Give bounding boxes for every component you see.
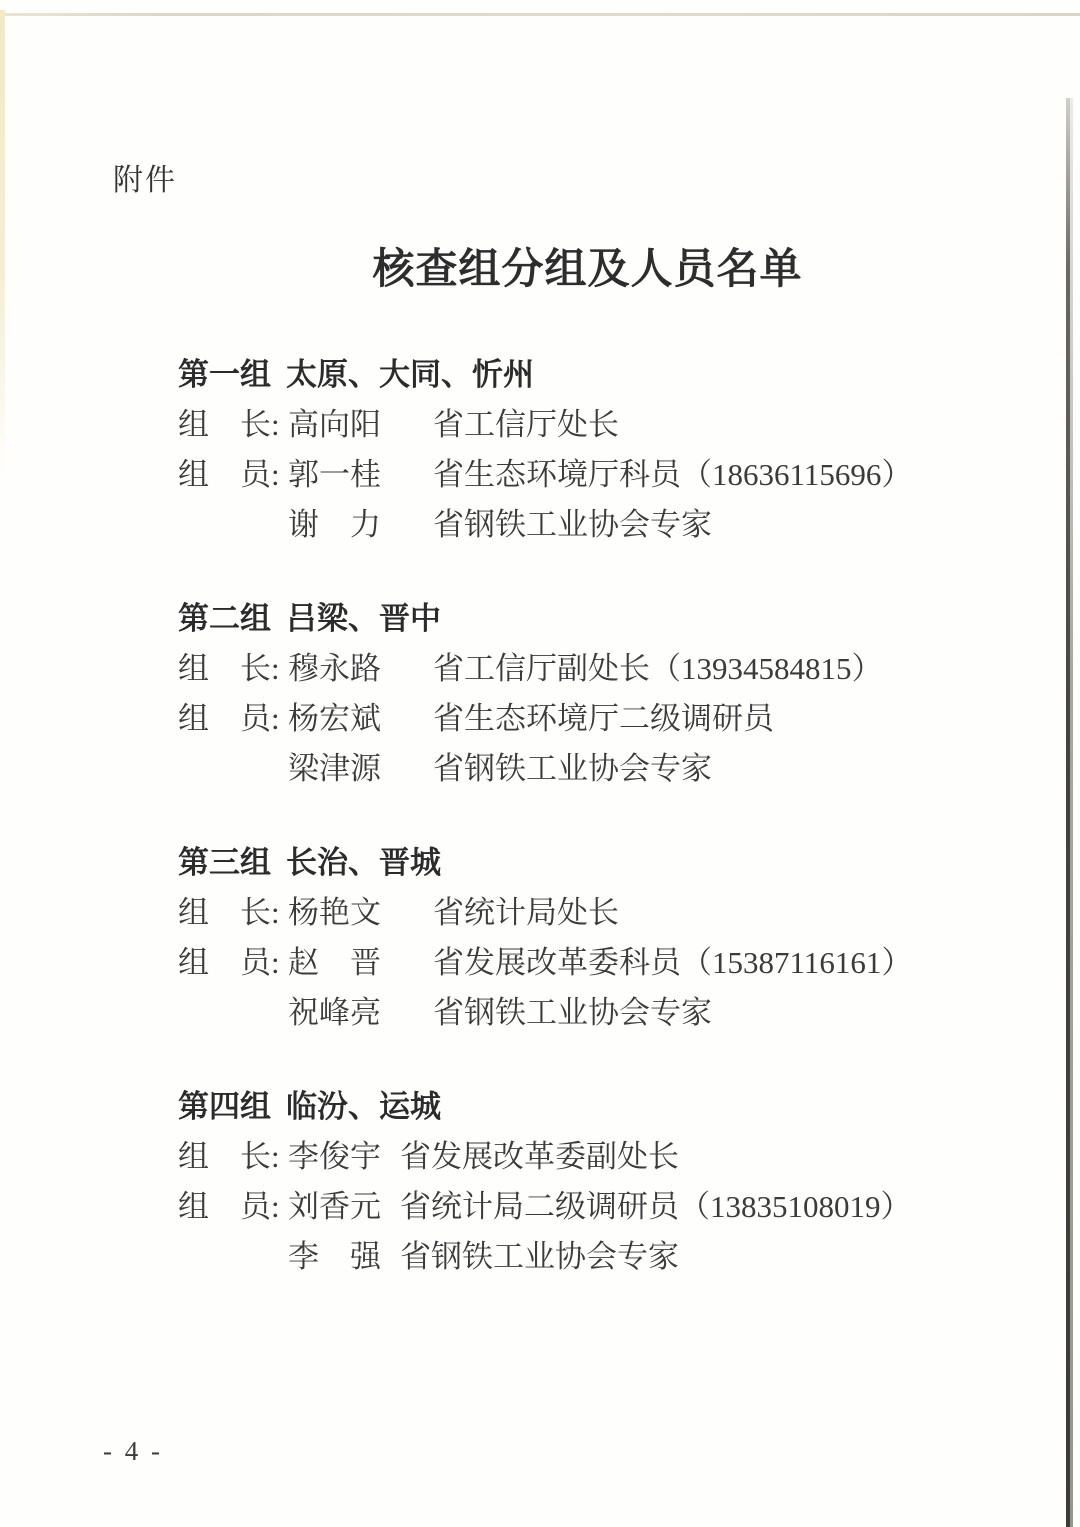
member-row: 组 员: 郭一桂 省生态环境厅科员（18636115696） [178,446,988,496]
member-row: 组 长: 杨艳文 省统计局处长 [178,884,988,934]
member-name: 谢 力 [288,499,433,544]
member-name: 刘香元 [288,1181,400,1226]
member-role-label: 组 员: [178,1181,288,1226]
member-duty: 省统计局处长 [433,887,988,932]
member-duty: 省生态环境厅二级调研员 [433,693,988,738]
group-4: 第四组 临汾、运城 组 长: 李俊宇 省发展改革委副处长 组 员: 刘香元 省统… [178,1078,988,1278]
member-role-label: 组 长: [178,643,288,688]
group-name: 第一组 [178,349,271,394]
group-2: 第二组 吕梁、晋中 组 长: 穆永路 省工信厅副处长（13934584815） … [178,590,988,790]
member-row: 组 长: 高向阳 省工信厅处长 [178,396,988,446]
member-row: 组 员: 刘香元 省统计局二级调研员（13835108019） [178,1178,988,1228]
group-regions: 太原、大同、忻州 [286,349,534,394]
member-duty: 省统计局二级调研员（13835108019） [400,1181,988,1226]
member-name: 杨艳文 [288,887,433,932]
group-regions: 临汾、运城 [286,1081,441,1126]
member-duty: 省钢铁工业协会专家 [433,743,988,788]
member-role-label: 组 员: [178,937,288,982]
member-row: 组 长: 李俊宇 省发展改革委副处长 [178,1128,988,1178]
member-name: 杨宏斌 [288,693,433,738]
member-role-label: 组 员: [178,449,288,494]
member-duty: 省钢铁工业协会专家 [433,987,988,1032]
group-heading: 第二组 吕梁、晋中 [178,590,988,640]
scan-right-edge-highlight [1070,98,1073,1527]
member-duty: 省生态环境厅科员（18636115696） [433,449,988,494]
member-role-label: 组 长: [178,399,288,444]
group-list: 第一组 太原、大同、忻州 组 长: 高向阳 省工信厅处长 组 员: 郭一桂 省生… [178,346,988,1322]
member-role-label: 组 长: [178,1131,288,1176]
member-name: 高向阳 [288,399,433,444]
member-name: 李俊宇 [288,1131,400,1176]
member-duty: 省钢铁工业协会专家 [400,1231,988,1276]
member-role-label: 组 长: [178,887,288,932]
member-row: 谢 力 省钢铁工业协会专家 [178,496,988,546]
group-name: 第二组 [178,593,271,638]
member-row: 组 员: 赵 晋 省发展改革委科员（15387116161） [178,934,988,984]
group-name: 第三组 [178,837,271,882]
member-name: 赵 晋 [288,937,433,982]
group-regions: 长治、晋城 [286,837,441,882]
group-heading: 第三组 长治、晋城 [178,834,988,884]
attachment-label: 附件 [113,162,177,200]
member-name: 穆永路 [288,643,433,688]
member-row: 梁津源 省钢铁工业协会专家 [178,740,988,790]
scan-top-edge-line [0,13,1080,16]
scanned-document-page: 附件 核查组分组及人员名单 第一组 太原、大同、忻州 组 长: 高向阳 省工信厅… [0,0,1080,1527]
member-name: 郭一桂 [288,449,433,494]
member-duty: 省发展改革委副处长 [400,1131,988,1176]
group-heading: 第四组 临汾、运城 [178,1078,988,1128]
member-name: 祝峰亮 [288,987,433,1032]
scan-left-edge-strip [0,10,5,480]
member-row: 组 员: 杨宏斌 省生态环境厅二级调研员 [178,690,988,740]
member-duty: 省工信厅处长 [433,399,988,444]
group-3: 第三组 长治、晋城 组 长: 杨艳文 省统计局处长 组 员: 赵 晋 省发展改革… [178,834,988,1034]
group-regions: 吕梁、晋中 [286,593,441,638]
member-duty: 省工信厅副处长（13934584815） [433,643,988,688]
member-row: 组 长: 穆永路 省工信厅副处长（13934584815） [178,640,988,690]
member-row: 祝峰亮 省钢铁工业协会专家 [178,984,988,1034]
group-1: 第一组 太原、大同、忻州 组 长: 高向阳 省工信厅处长 组 员: 郭一桂 省生… [178,346,988,546]
member-role-label: 组 员: [178,693,288,738]
member-name: 李 强 [288,1231,400,1276]
page-title: 核查组分组及人员名单 [95,242,1080,298]
group-heading: 第一组 太原、大同、忻州 [178,346,988,396]
member-row: 李 强 省钢铁工业协会专家 [178,1228,988,1278]
member-duty: 省发展改革委科员（15387116161） [433,937,988,982]
member-duty: 省钢铁工业协会专家 [433,499,988,544]
page-number: - 4 - [103,1434,163,1468]
member-name: 梁津源 [288,743,433,788]
group-name: 第四组 [178,1081,271,1126]
